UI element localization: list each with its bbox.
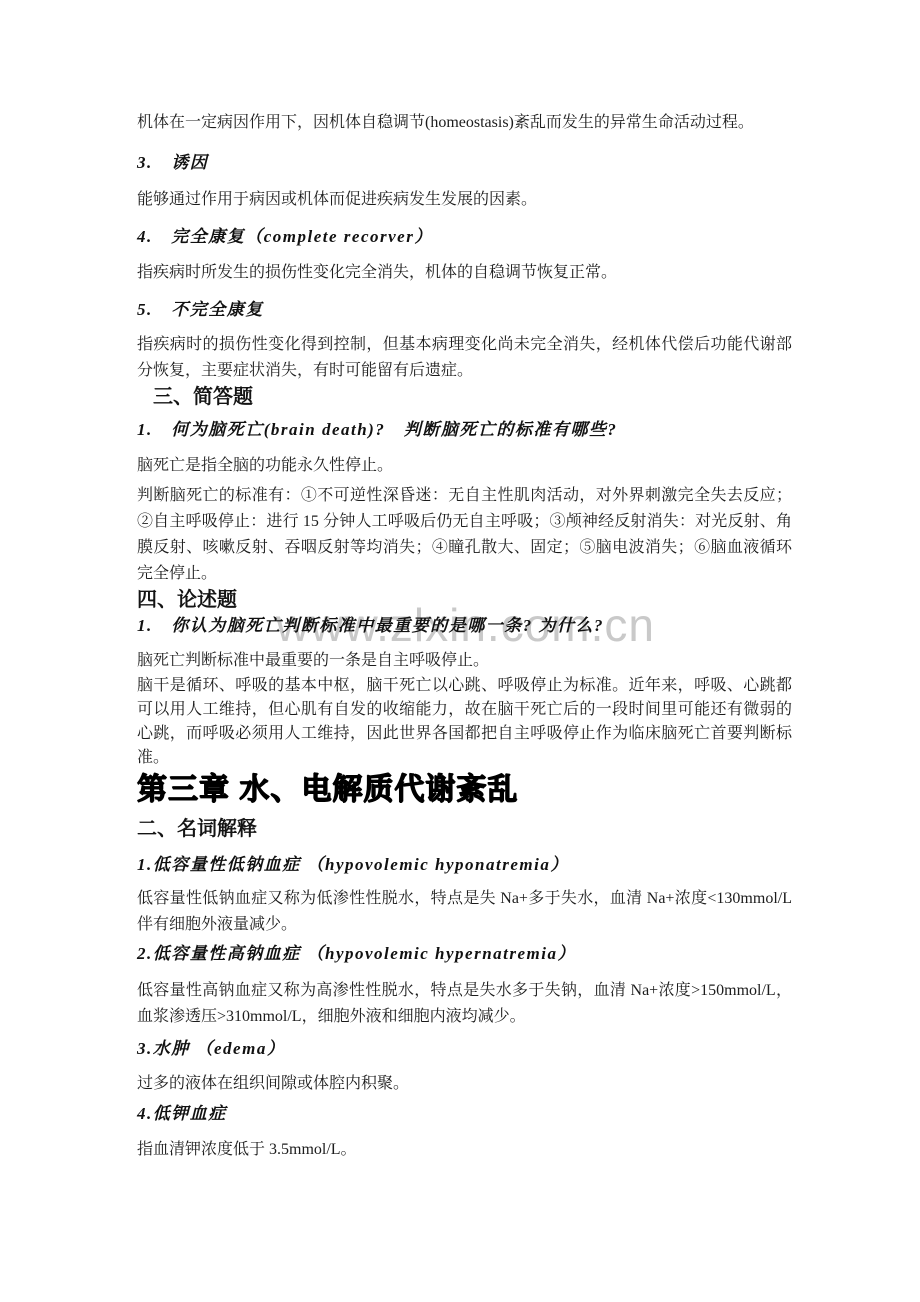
paragraph: 低容量性高钠血症又称为高渗性性脱水，特点是失水多于失钠，血清 Na+浓度>150… [137, 978, 792, 1030]
term-heading: 3. 诱因 [137, 150, 792, 176]
paragraph: 指血清钾浓度低于 3.5mmol/L。 [137, 1137, 792, 1163]
paragraph: 低容量性低钠血症又称为低渗性性脱水，特点是失 Na+多于失水，血清 Na+浓度<… [137, 886, 792, 938]
section-heading: 四、论述题 [137, 587, 792, 613]
section-heading: 二、名词解释 [137, 816, 792, 842]
question-heading: 1. 何为脑死亡(brain death)? 判断脑死亡的标准有哪些? [137, 417, 792, 443]
term-heading: 5. 不完全康复 [137, 297, 792, 323]
paragraph: 脑死亡判断标准中最重要的一条是自主呼吸停止。 [137, 648, 792, 674]
term-heading: 2.低容量性高钠血症 （hypovolemic hypernatremia） [137, 941, 792, 967]
question-heading: 1. 你认为脑死亡判断标准中最重要的是哪一条? 为什么? [137, 613, 792, 639]
section-heading: 三、简答题 [153, 384, 792, 410]
term-heading: 1.低容量性低钠血症 （hypovolemic hyponatremia） [137, 852, 792, 878]
paragraph: 判断脑死亡的标准有：①不可逆性深昏迷：无自主性肌肉活动，对外界刺激完全失去反应；… [137, 483, 792, 587]
document-page: www.zlxin.com.cn 机体在一定病因作用下，因机体自稳调节(home… [0, 0, 920, 1302]
chapter-heading: 第三章 水、电解质代谢紊乱 [137, 770, 792, 810]
paragraph: 机体在一定病因作用下，因机体自稳调节(homeostasis)紊乱而发生的异常生… [137, 110, 792, 136]
term-heading: 4. 完全康复（complete recorver） [137, 224, 792, 250]
paragraph: 能够通过作用于病因或机体而促进疾病发生发展的因素。 [137, 187, 792, 213]
paragraph: 脑死亡是指全脑的功能永久性停止。 [137, 453, 792, 479]
paragraph: 指疾病时的损伤性变化得到控制，但基本病理变化尚未完全消失，经机体代偿后功能代谢部… [137, 332, 792, 384]
paragraph: 过多的液体在组织间隙或体腔内积聚。 [137, 1071, 792, 1097]
term-heading: 3.水肿 （edema） [137, 1036, 792, 1062]
term-heading: 4.低钾血症 [137, 1101, 792, 1127]
paragraph: 指疾病时所发生的损伤性变化完全消失，机体的自稳调节恢复正常。 [137, 260, 792, 286]
paragraph: 脑干是循环、呼吸的基本中枢，脑干死亡以心跳、呼吸停止为标准。近年来，呼吸、心跳都… [137, 674, 792, 770]
document-content: 机体在一定病因作用下，因机体自稳调节(homeostasis)紊乱而发生的异常生… [137, 0, 792, 1163]
